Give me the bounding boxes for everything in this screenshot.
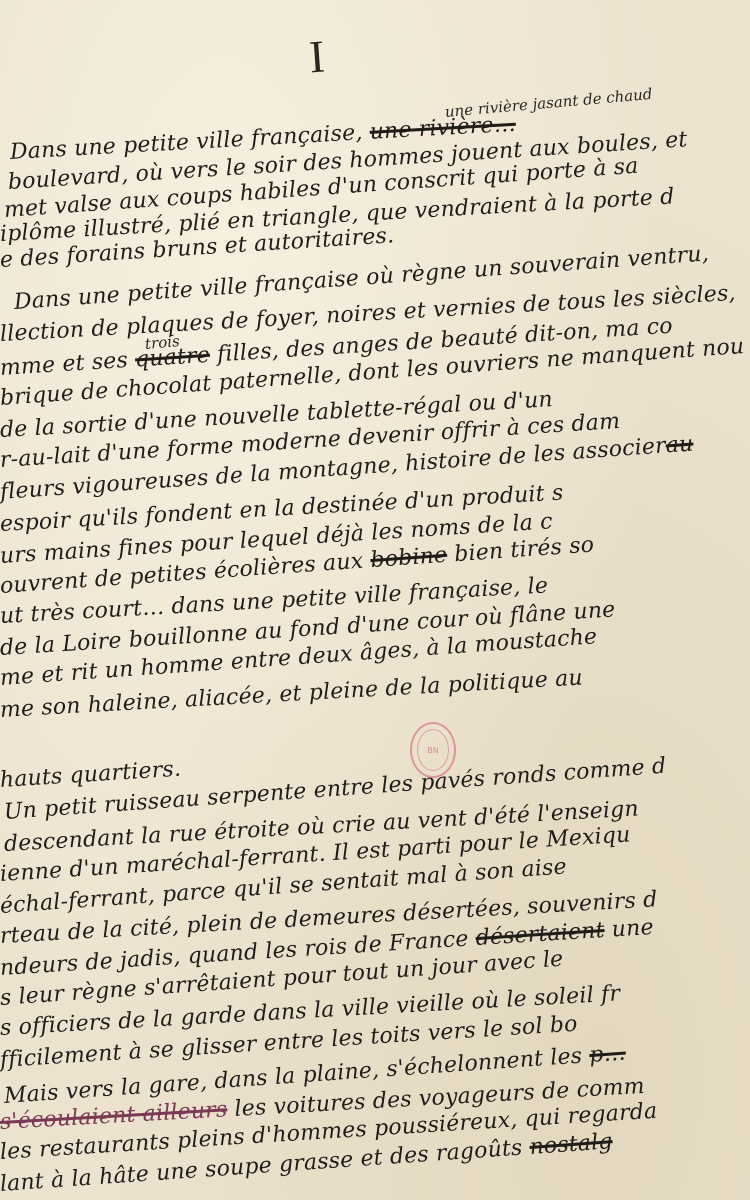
struck-text: nostalg [529, 1129, 614, 1160]
library-stamp: BN [410, 722, 456, 778]
struck-text: quatre [134, 343, 210, 373]
struck-text: désertaient [475, 918, 605, 951]
line-text: mme et ses [0, 348, 136, 381]
manuscript-page: I une rivière jasant de chaud trois Dans… [0, 0, 750, 1200]
line-text: hauts quartiers. [0, 757, 182, 793]
struck-text: au [665, 432, 694, 459]
struck-text: p… [588, 1041, 626, 1068]
manuscript-line: hauts quartiers. [0, 757, 182, 793]
struck-text: bobine [370, 543, 448, 573]
line-text-after: nou [694, 334, 745, 362]
line-text-after: une [604, 915, 655, 943]
chapter-heading: I [290, 28, 344, 84]
stamp-label: BN [427, 746, 438, 755]
